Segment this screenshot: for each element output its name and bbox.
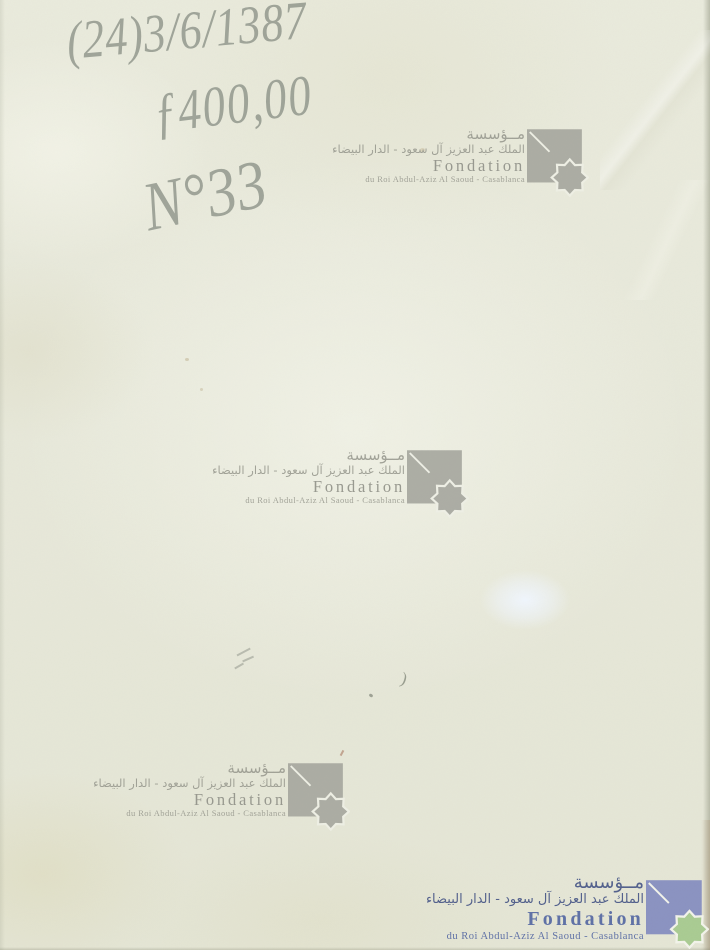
foundation-logo-icon [646, 880, 709, 949]
eight-point-star-icon [432, 480, 468, 516]
red-speck [340, 750, 345, 756]
stamp-latin-title: Fondation [332, 157, 525, 174]
stamp-arabic-title: مــؤسسة [332, 126, 525, 142]
stamp-arabic-title: مــؤسسة [426, 873, 644, 892]
stamp-arabic-subtitle: الملك عبد العزيز آل سعود - الدار البيضاء [212, 463, 405, 478]
eight-point-star-icon [671, 911, 708, 948]
foundation-logo-icon [407, 450, 469, 518]
pencil-scratch [234, 663, 243, 669]
handwritten-price-note: ƒ400,00 [150, 63, 316, 147]
paper-crease [620, 180, 710, 300]
pencil-scratch [237, 648, 251, 656]
eight-point-star-icon [552, 159, 588, 195]
stamp-latin-title: Fondation [93, 791, 286, 808]
foundation-logo-icon [288, 763, 350, 831]
stamp-latin-subtitle: du Roi Abdul-Aziz Al Saoud - Casablanca [426, 930, 644, 943]
paper-speck [200, 388, 203, 391]
paper-crease [600, 30, 710, 190]
stray-ink-mark: ) [398, 669, 410, 690]
foundation-stamp-text: مــؤسسة الملك عبد العزيز آل سعود - الدار… [93, 760, 286, 818]
foundation-logo-icon [527, 129, 589, 197]
scanned-page: ) (24)3/6/1387 ƒ400,00 N°33 مــؤسسة المل… [0, 0, 710, 950]
stamp-latin-title: Fondation [426, 908, 644, 930]
stamp-latin-subtitle: du Roi Abdul-Aziz Al Saoud - Casablanca [332, 174, 525, 184]
stamp-arabic-subtitle: الملك عبد العزيز آل سعود - الدار البيضاء [93, 776, 286, 791]
stamp-arabic-title: مــؤسسة [212, 447, 405, 463]
stamp-arabic-subtitle: الملك عبد العزيز آل سعود - الدار البيضاء [426, 892, 644, 908]
stamp-latin-subtitle: du Roi Abdul-Aziz Al Saoud - Casablanca [93, 808, 286, 818]
foundation-stamp-text: مــؤسسة الملك عبد العزيز آل سعود - الدار… [332, 126, 525, 184]
pencil-scratch [242, 656, 254, 662]
stray-ink-dot [369, 693, 374, 698]
paper-speck [185, 358, 189, 361]
stamp-arabic-subtitle: الملك عبد العزيز آل سعود - الدار البيضاء [332, 142, 525, 157]
eight-point-star-icon [313, 793, 349, 829]
stamp-latin-title: Fondation [212, 478, 405, 495]
stamp-arabic-title: مــؤسسة [93, 760, 286, 776]
stamp-latin-subtitle: du Roi Abdul-Aziz Al Saoud - Casablanca [212, 495, 405, 505]
page-edge-left [0, 0, 5, 950]
foundation-stamp-text: مــؤسسة الملك عبد العزيز آل سعود - الدار… [212, 447, 405, 505]
handwritten-number-note: N°33 [136, 144, 274, 247]
handwritten-date-note: (24)3/6/1387 [64, 0, 310, 72]
foundation-stamp-text: مــؤسسة الملك عبد العزيز آل سعود - الدار… [426, 873, 644, 943]
